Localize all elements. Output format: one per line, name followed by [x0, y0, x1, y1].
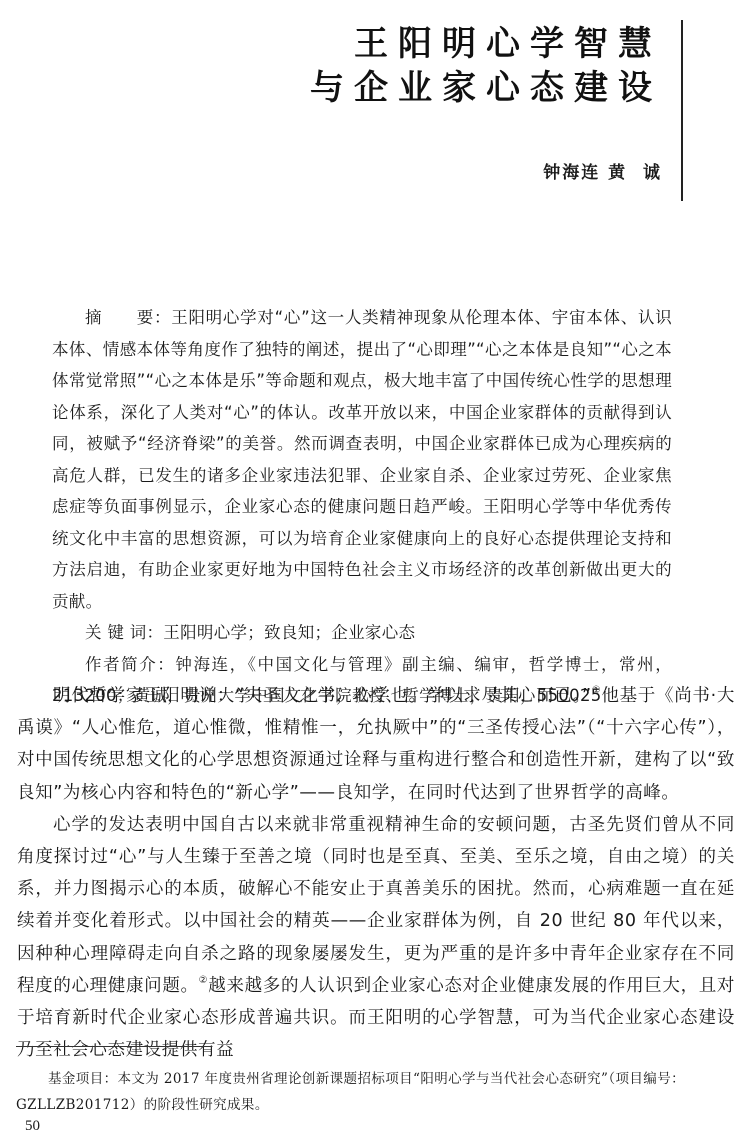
abstract-paragraph: 摘 要：王阳明心学对“心”这一人类精神现象从伦理本体、宇宙本体、认识本体、情感本…: [52, 302, 672, 617]
body-paragraph-1: 明代哲学家王阳明说：“夫圣人之学，心学也。学以求尽其心而已。”①他基于《尚书·大…: [17, 680, 735, 809]
footnote-divider: [16, 1046, 212, 1047]
author-names: 钟海连 黄 诚: [543, 158, 662, 183]
footnote-ref-1[interactable]: ①: [592, 685, 602, 696]
footnote: 基金项目：本文为 2017 年度贵州省理论创新课题招标项目“阳明心学与当代社会心…: [16, 1066, 734, 1118]
title-vertical-rule: [681, 20, 683, 201]
body-text: 明代哲学家王阳明说：“夫圣人之学，心学也。学以求尽其心而已。”①他基于《尚书·大…: [17, 680, 735, 1066]
keywords-label: 关 键 词：: [85, 623, 163, 642]
author-bio-label: 作者简介：: [85, 655, 175, 674]
abstract-text: 王阳明心学对“心”这一人类精神现象从伦理本体、宇宙本体、认识本体、情感本体等角度…: [52, 308, 672, 611]
paragraph-text: 心学的发达表明中国自古以来就非常重视精神生命的安顿问题，古圣先贤们曾从不同角度探…: [17, 815, 735, 996]
abstract-label: 摘 要：: [85, 308, 171, 327]
footnote-text: 基金项目：本文为 2017 年度贵州省理论创新课题招标项目“阳明心学与当代社会心…: [16, 1066, 734, 1118]
keywords-paragraph: 关 键 词：王阳明心学；致良知；企业家心态: [52, 617, 672, 649]
footnote-ref-2[interactable]: ②: [199, 975, 209, 986]
page-number: 50: [25, 1118, 40, 1135]
title-line-2: 与企业家心态建设: [310, 68, 662, 108]
keywords-text: 王阳明心学；致良知；企业家心态: [163, 623, 415, 642]
title-line-1: 王阳明心学智慧: [354, 24, 662, 64]
body-paragraph-2: 心学的发达表明中国自古以来就非常重视精神生命的安顿问题，古圣先贤们曾从不同角度探…: [17, 809, 735, 1067]
paragraph-text: 明代哲学家王阳明说：“夫圣人之学，心学也。学以求尽其心而已。”: [53, 686, 592, 706]
abstract-block: 摘 要：王阳明心学对“心”这一人类精神现象从伦理本体、宇宙本体、认识本体、情感本…: [52, 302, 672, 712]
footnote-label: 基金项目：: [48, 1071, 118, 1087]
